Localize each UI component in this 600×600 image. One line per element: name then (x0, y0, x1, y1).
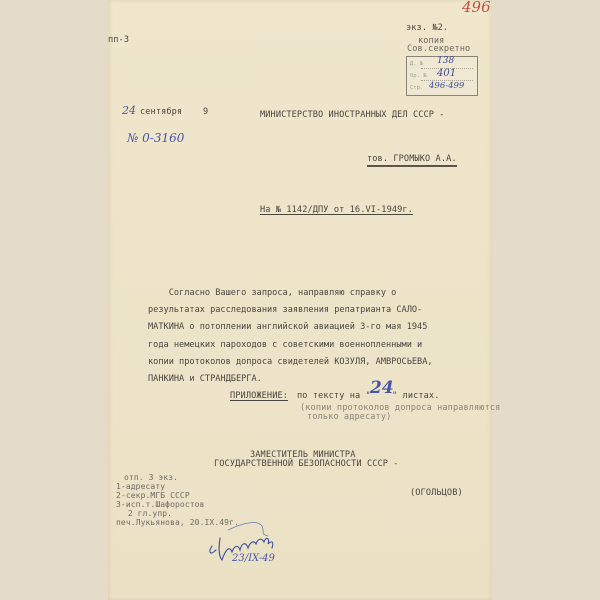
body-line: года немецких пароходов с советскими вое… (148, 340, 488, 357)
body-line: ПАНКИНА и СТРАНДБЕРГА. (148, 374, 488, 391)
recipient-organization: МИНИСТЕРСТВО ИНОСТРАННЫХ ДЕЛ СССР - (260, 111, 445, 120)
stamp-label-page: Стр. (410, 85, 423, 91)
attachment-label: ПРИЛОЖЕНИЕ: (230, 392, 288, 401)
attachment-sheets-handwritten: 24 (370, 380, 394, 397)
reference-line: На № 1142/ДПУ от 16.VI-1949г. (260, 206, 413, 215)
signatory-name: (ОГОЛЬЦОВ) (410, 489, 463, 498)
recipient-person: тов. ГРОМЫКО А.А. (367, 154, 457, 167)
attachment-text-after: " листах. (392, 392, 439, 401)
copy-number: экз. №2. (406, 24, 448, 33)
distribution-line: отп. 3 экз. (124, 474, 178, 482)
stamp-label-delo: Д. № (410, 61, 423, 67)
date-year: 9 (203, 108, 208, 117)
archive-stamp: Д. № 138 Ор. № 401 Стр. 496-499 (406, 56, 478, 96)
body-line: копии протоколов допроса свидетелей КОЗУ… (148, 357, 488, 374)
distribution-line: 3-исп.т.Шафоростов (116, 501, 205, 509)
classification-label: Сов.секретно (407, 45, 470, 54)
distribution-line: 2-секр.МГБ СССР (116, 492, 190, 500)
outgoing-number-handwritten: № 0-3160 (127, 132, 184, 144)
body-line: МАТКИНА о потоплении английской авиацией… (148, 322, 488, 339)
letter-body: Согласно Вашего запроса, направляю справ… (148, 288, 488, 391)
stamp-value-delo: 138 (437, 56, 454, 66)
attachment-text-before: по тексту на " (297, 392, 371, 401)
stamp-value-pages: 496-499 (429, 81, 464, 91)
signature-date-handwritten: 23/IX-49 (232, 554, 275, 564)
distribution-line: 1-адресату (116, 483, 165, 491)
date-month: сентября (140, 108, 182, 117)
attachment-note-line2: только адресату) (307, 413, 391, 422)
body-line: результатах расследования заявления репа… (148, 305, 488, 322)
margin-code: пп-3 (108, 36, 129, 45)
body-line: Согласно Вашего запроса, направляю справ… (148, 288, 488, 305)
handwritten-signature-icon (200, 512, 310, 582)
archive-page-number: 496 (462, 0, 491, 15)
distribution-line: 2 гл.упр. (118, 510, 172, 518)
stamp-value-op: 401 (437, 68, 456, 79)
stamp-label-op: Ор. № (410, 73, 427, 79)
signatory-title-line2: ГОСУДАРСТВЕННОЙ БЕЗОПАСНОСТИ СССР - (214, 460, 399, 469)
date-day-handwritten: 24 (122, 105, 136, 116)
